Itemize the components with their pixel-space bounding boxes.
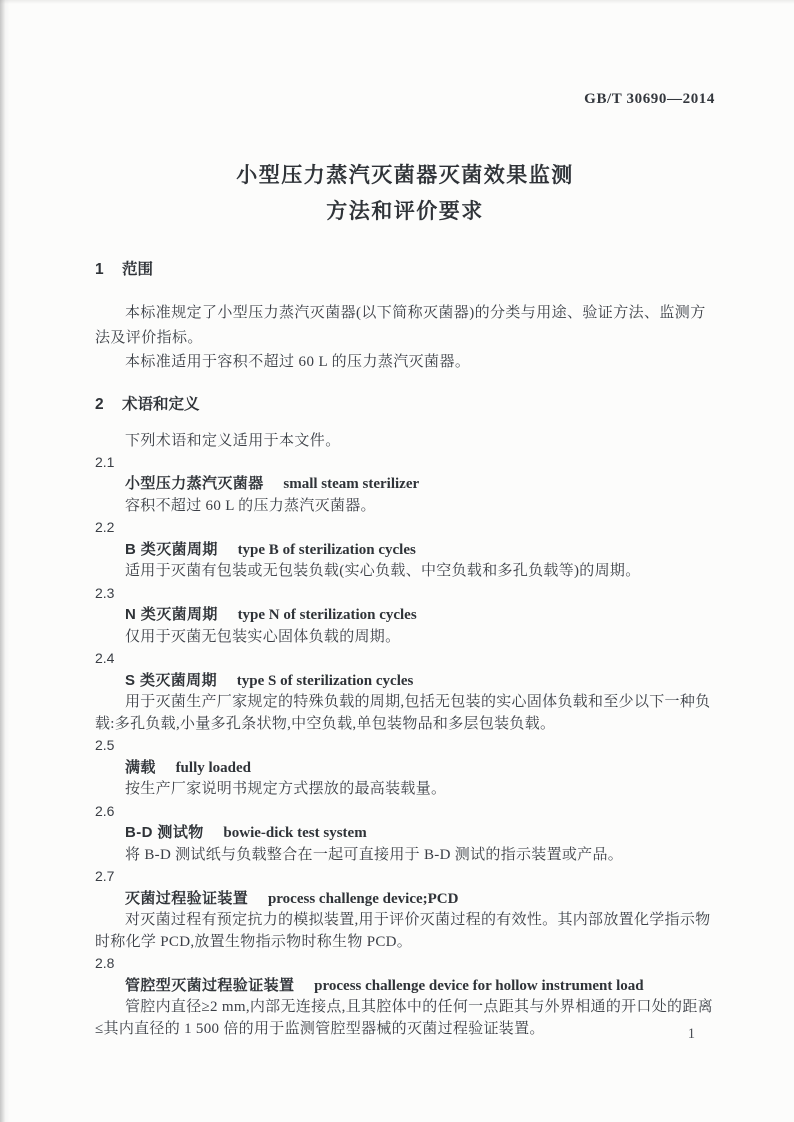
term-definition: 适用于灭菌有包装或无包装负载(实心负载、中空负载和多孔负载等)的周期。 xyxy=(95,561,715,583)
terms-intro: 下列术语和定义适用于本文件。 xyxy=(95,430,715,452)
term-number: 2.5 xyxy=(95,735,715,757)
term-name-en: small steam sterilizer xyxy=(283,476,419,492)
term-name-zh: 满载 xyxy=(125,759,156,776)
page-number: 1 xyxy=(688,1024,695,1044)
term-name-zh: N 类灭菌周期 xyxy=(125,606,218,623)
section-label: 术语和定义 xyxy=(122,395,200,415)
term-number: 2.4 xyxy=(95,648,715,670)
term-name: S 类灭菌周期 type S of sterilization cycles xyxy=(95,670,715,693)
term-number: 2.7 xyxy=(95,866,715,888)
term-definition: 容积不超过 60 L 的压力蒸汽灭菌器。 xyxy=(95,496,715,518)
term-entry: 2.1 小型压力蒸汽灭菌器 small steam sterilizer 容积不… xyxy=(95,452,715,518)
section-label: 范围 xyxy=(122,260,153,280)
term-entry: 2.5 满载 fully loaded 按生产厂家说明书规定方式摆放的最高装载量… xyxy=(95,735,715,801)
term-entry: 2.3 N 类灭菌周期 type N of sterilization cycl… xyxy=(95,583,715,649)
document-title: 小型压力蒸汽灭菌器灭菌效果监测 方法和评价要求 xyxy=(95,158,715,230)
term-entry: 2.4 S 类灭菌周期 type S of sterilization cycl… xyxy=(95,648,715,735)
document-page: GB/T 30690—2014 小型压力蒸汽灭菌器灭菌效果监测 方法和评价要求 … xyxy=(0,0,794,1122)
term-name: 小型压力蒸汽灭菌器 small steam sterilizer xyxy=(95,473,715,496)
section-number: 1 xyxy=(95,260,104,280)
page-content: GB/T 30690—2014 小型压力蒸汽灭菌器灭菌效果监测 方法和评价要求 … xyxy=(95,0,715,1040)
term-name: 管腔型灭菌过程验证装置 process challenge device for… xyxy=(95,975,715,998)
term-entry: 2.6 B-D 测试物 bowie-dick test system 将 B-D… xyxy=(95,801,715,867)
term-number: 2.1 xyxy=(95,452,715,474)
term-definition: 将 B-D 测试纸与负载整合在一起可直接用于 B-D 测试的指示装置或产品。 xyxy=(95,845,715,867)
section-number: 2 xyxy=(95,395,104,415)
term-name-en: process challenge device for hollow inst… xyxy=(314,978,643,994)
document-title-line2: 方法和评价要求 xyxy=(95,194,715,230)
term-name-en: bowie-dick test system xyxy=(223,825,366,841)
term-name-en: process challenge device;PCD xyxy=(268,891,459,907)
term-number: 2.2 xyxy=(95,517,715,539)
document-title-line1: 小型压力蒸汽灭菌器灭菌效果监测 xyxy=(95,158,715,194)
term-entry: 2.7 灭菌过程验证装置 process challenge device;PC… xyxy=(95,866,715,953)
term-definition: 管腔内直径≥2 mm,内部无连接点,且其腔体中的任何一点距其与外界相通的开口处的… xyxy=(95,997,715,1040)
term-number: 2.3 xyxy=(95,583,715,605)
scope-paragraph: 本标准适用于容积不超过 60 L 的压力蒸汽灭菌器。 xyxy=(95,350,715,375)
standard-number: GB/T 30690—2014 xyxy=(95,0,715,110)
term-entry: 2.2 B 类灭菌周期 type B of sterilization cycl… xyxy=(95,517,715,583)
term-name-zh: 灭菌过程验证装置 xyxy=(125,890,248,907)
term-definition: 对灭菌过程有预定抗力的模拟装置,用于评价灭菌过程的有效性。其内部放置化学指示物时… xyxy=(95,910,715,953)
term-name: B-D 测试物 bowie-dick test system xyxy=(95,822,715,845)
term-definition: 按生产厂家说明书规定方式摆放的最高装载量。 xyxy=(95,779,715,801)
term-name-zh: B 类灭菌周期 xyxy=(125,541,218,558)
term-name: B 类灭菌周期 type B of sterilization cycles xyxy=(95,539,715,562)
section-heading-terms: 2 术语和定义 xyxy=(95,395,715,415)
terms-list: 2.1 小型压力蒸汽灭菌器 small steam sterilizer 容积不… xyxy=(95,452,715,1041)
scope-paragraphs: 本标准规定了小型压力蒸汽灭菌器(以下简称灭菌器)的分类与用途、验证方法、监测方法… xyxy=(95,301,715,375)
term-name-zh: S 类灭菌周期 xyxy=(125,672,217,689)
term-definition: 仅用于灭菌无包装实心固体负载的周期。 xyxy=(95,627,715,649)
term-name-en: type B of sterilization cycles xyxy=(238,542,416,558)
scope-paragraph: 本标准规定了小型压力蒸汽灭菌器(以下简称灭菌器)的分类与用途、验证方法、监测方法… xyxy=(95,301,715,350)
term-name-en: type S of sterilization cycles xyxy=(237,673,414,689)
term-name-en: type N of sterilization cycles xyxy=(238,607,417,623)
scan-edge-shadow xyxy=(0,0,10,1122)
term-name-zh: B-D 测试物 xyxy=(125,824,204,841)
term-name-zh: 管腔型灭菌过程验证装置 xyxy=(125,977,294,994)
term-number: 2.8 xyxy=(95,953,715,975)
section-heading-scope: 1 范围 xyxy=(95,260,715,280)
term-name: 满载 fully loaded xyxy=(95,757,715,780)
term-name: N 类灭菌周期 type N of sterilization cycles xyxy=(95,604,715,627)
term-name: 灭菌过程验证装置 process challenge device;PCD xyxy=(95,888,715,911)
term-number: 2.6 xyxy=(95,801,715,823)
term-definition: 用于灭菌生产厂家规定的特殊负载的周期,包括无包装的实心固体负载和至少以下一种负载… xyxy=(95,692,715,735)
term-name-zh: 小型压力蒸汽灭菌器 xyxy=(125,475,264,492)
term-name-en: fully loaded xyxy=(176,760,251,776)
term-entry: 2.8 管腔型灭菌过程验证装置 process challenge device… xyxy=(95,953,715,1040)
